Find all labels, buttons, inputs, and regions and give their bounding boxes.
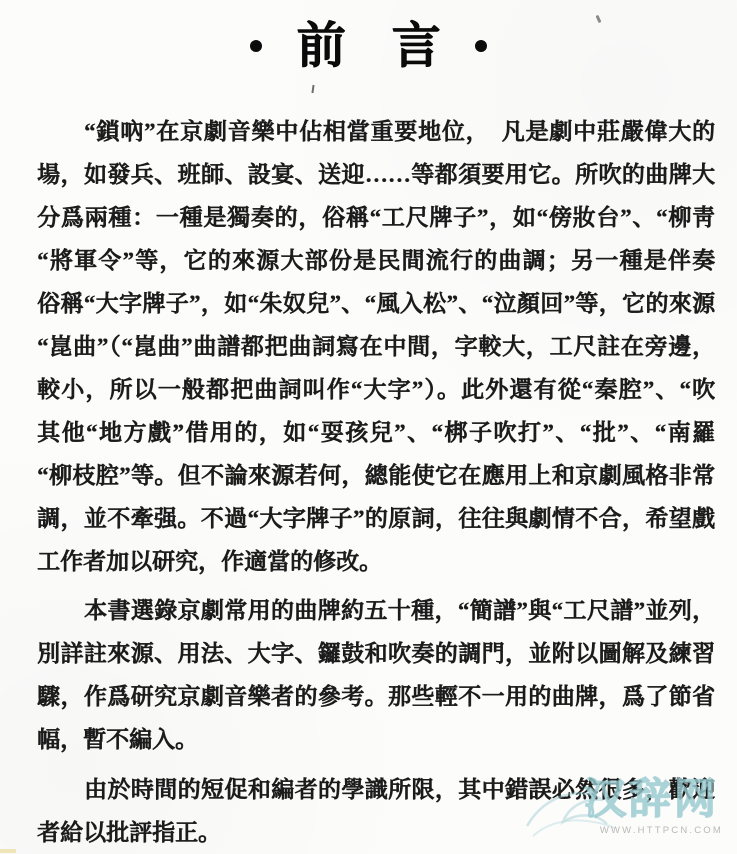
text-line: 俗稱“大字牌子”，如“朱奴兒”、“風入松”、“泣顏回”等，它的來源是 xyxy=(37,282,715,325)
text-line: 由於時間的短促和編者的學識所限，其中錯誤必然很多，歡迎讀 xyxy=(37,768,715,811)
preface-body: “鎖吶”在京劇音樂中佔相當重要地位， 凡是劇中莊嚴偉大的排 場，如發兵、班師、設… xyxy=(37,110,715,854)
text-line: 分爲兩種：一種是獨奏的，俗稱“工尺牌子”，如“傍妝台”、“柳靑娘”、 xyxy=(37,196,715,239)
text-line: 幅，暫不編入。 xyxy=(37,718,715,761)
title-char-2: 言 xyxy=(392,20,441,72)
text-line: 其他“地方戲”借用的，如“耍孩兒”、“梆子吹打”、“批”、“南羅腔”、 xyxy=(37,411,715,454)
text-line: 別詳註來源、用法、大字、鑼鼓和吹奏的調門，並附以圖解及練習步 xyxy=(37,632,715,675)
text-line: 較小，所以一般都把曲詞叫作“大字”）。此外還有從“秦腔”、“吹腔”和 xyxy=(37,368,715,411)
title-right-dot-icon xyxy=(475,40,487,52)
title-char-1: 前 xyxy=(296,20,345,72)
text-line: 場，如發兵、班師、設宴、送迎……等都須要用它。所吹的曲牌大致 xyxy=(37,153,715,196)
text-line: “鎖吶”在京劇音樂中佔相當重要地位， 凡是劇中莊嚴偉大的排 xyxy=(37,110,715,153)
text-line: “將軍令”等，它的來源大部份是民間流行的曲調；另一種是伴奏的， xyxy=(37,239,715,282)
text-line: 本書選錄京劇常用的曲牌約五十種，“簡譜”與“工尺譜”並列，分 xyxy=(37,589,715,632)
text-line: 者給以批評指正。 xyxy=(37,811,715,854)
text-line: 工作者加以研究，作適當的修改。 xyxy=(37,540,715,583)
page-title: 前 言 xyxy=(0,20,737,72)
text-line: 調，並不牽强。不過“大字牌子”的原詞，往往與劇情不合，希望戲改 xyxy=(37,497,715,540)
title-left-dot-icon xyxy=(250,40,262,52)
text-line: 驟，作爲研究京劇音樂者的參考。那些輕不一用的曲牌，爲了節省篇 xyxy=(37,675,715,718)
scan-speck xyxy=(0,849,16,853)
scan-speck xyxy=(311,85,314,93)
text-line: “崑曲”（“崑曲”曲譜都把曲詞寫在中間，字較大，工尺註在旁邊，字 xyxy=(37,325,715,368)
text-line: “柳枝腔”等。但不論來源若何，總能使它在應用上和京劇風格非常協 xyxy=(37,454,715,497)
